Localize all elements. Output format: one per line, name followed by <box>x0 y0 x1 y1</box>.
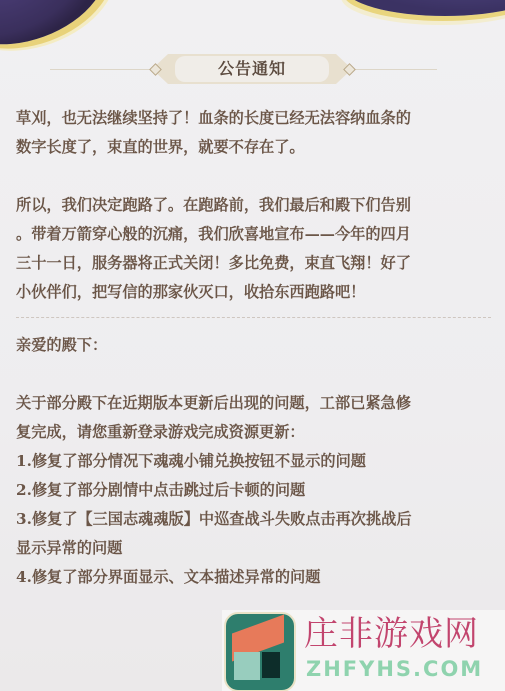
watermark-domain: ZHFYHS.COM <box>306 656 483 682</box>
notice-title-banner: 公告通知 <box>0 52 505 86</box>
greeting: 亲爱的殿下： <box>16 331 496 360</box>
paragraph-line: 三十一日，服务器将正式关闭！多比免费，束直飞翔！好了 <box>16 249 496 278</box>
paragraph-line: 数字长度了，束直的世界，就要不存在了。 <box>16 133 496 162</box>
paragraph-line: 关于部分殿下在近期版本更新后出现的问题，工部已紧急修 <box>16 389 496 418</box>
fix-item: 3.修复了【三国志魂魂版】中巡查战斗失败点击再次挑战后 <box>16 505 496 534</box>
paragraph-line: 所以，我们决定跑路了。在跑路前，我们最后和殿下们告别 <box>16 191 496 220</box>
fix-item: 4.修复了部分界面显示、文本描述异常的问题 <box>16 563 496 592</box>
paragraph-line: 小伙伴们，把写信的那家伙灭口，收拾东西跑路吧！ <box>16 278 496 307</box>
title-divider-left <box>50 69 150 70</box>
decorative-frame-right <box>345 0 505 16</box>
page-title: 公告通知 <box>175 56 329 82</box>
paragraph-line: 复完成，请您重新登录游戏完成资源更新： <box>16 418 496 447</box>
house-logo-icon <box>224 612 296 691</box>
site-watermark: 庄非游戏网 ZHFYHS.COM <box>222 610 505 691</box>
notice-content: 草刈，也无法继续坚持了！血条的长度已经无法容纳血条的 数字长度了，束直的世界，就… <box>16 104 496 592</box>
notice-panel: 公告通知 草刈，也无法继续坚持了！血条的长度已经无法容纳血条的 数字长度了，束直… <box>0 0 505 691</box>
fix-item: 1.修复了部分情况下魂魂小铺兑换按钮不显示的问题 <box>16 447 496 476</box>
paragraph-line: 草刈，也无法继续坚持了！血条的长度已经无法容纳血条的 <box>16 104 496 133</box>
fix-item: 显示异常的问题 <box>16 534 496 563</box>
paragraph-line: 。带着万箭穿心般的沉痛，我们欣喜地宣布——今年的四月 <box>16 220 496 249</box>
watermark-name: 庄非游戏网 <box>304 614 479 654</box>
title-divider-right <box>355 69 437 70</box>
section-divider <box>16 317 491 318</box>
fix-item: 2.修复了部分剧情中点击跳过后卡顿的问题 <box>16 476 496 505</box>
